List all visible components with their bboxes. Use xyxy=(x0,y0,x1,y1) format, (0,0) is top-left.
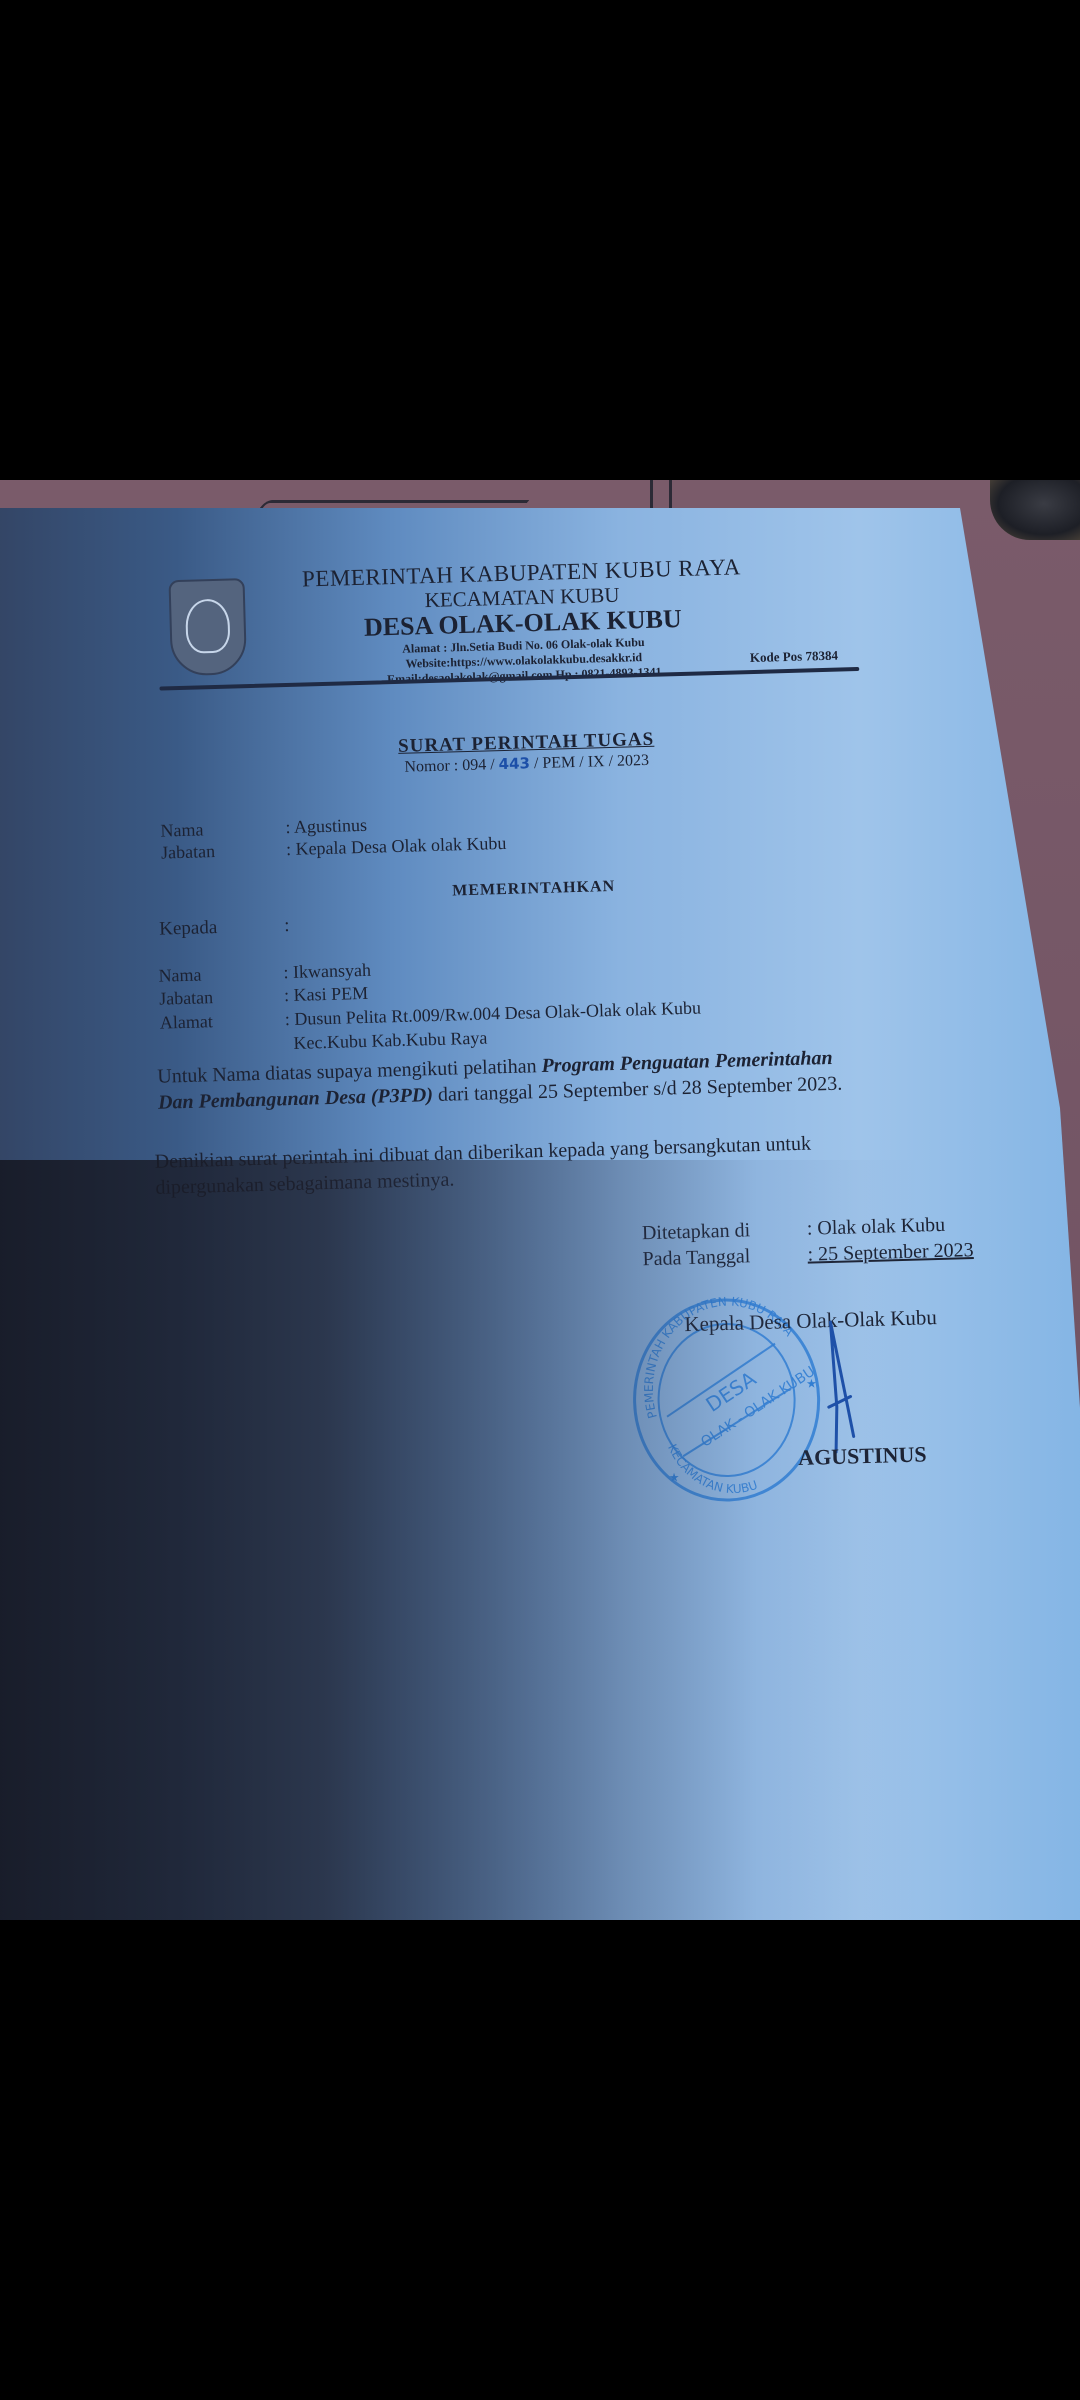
recipient-position-row: Jabatan: Kasi PEM xyxy=(159,983,369,1010)
field-label: Jabatan xyxy=(161,839,287,863)
svg-text:KECAMATAN KUBU: KECAMATAN KUBU xyxy=(665,1440,760,1498)
field-label: Nama xyxy=(158,962,284,986)
letter-title: SURAT PERINTAH TUGAS Nomor : 094 / 443 /… xyxy=(376,728,677,777)
handwritten-number: 443 xyxy=(498,754,530,773)
field-label: Alamat xyxy=(160,1009,286,1033)
program-name: Program Penguatan Pemerintahan xyxy=(541,1047,833,1077)
field-value: Kec.Kubu Kab.Kubu Raya xyxy=(293,1028,487,1054)
field-label: Kepada xyxy=(159,915,285,940)
field-label: Nama xyxy=(160,817,286,841)
body-paragraph-2-line-2: dipergunakan sebagaimana mestinya. xyxy=(155,1169,455,1200)
recipient-to-row: Kepada: xyxy=(159,915,290,941)
body-text: dipergunakan sebagaimana mestinya. xyxy=(155,1169,454,1199)
order-heading: MEMERINTAHKAN xyxy=(452,878,615,901)
recipient-address-row-2: Kec.Kubu Kab.Kubu Raya xyxy=(293,1028,487,1054)
body-paragraph-2: Demikian surat perintah ini dibuat dan d… xyxy=(154,1133,811,1174)
field-value: : 25 September 2023 xyxy=(807,1239,974,1266)
postal-code: Kode Pos 78384 xyxy=(750,648,839,666)
number-prefix: Nomor : 094 / xyxy=(404,756,499,776)
handwritten-signature xyxy=(812,1316,876,1458)
field-value: : xyxy=(284,915,290,937)
field-value: : Agustinus xyxy=(285,815,367,838)
field-value: : Ikwansyah xyxy=(283,960,371,983)
stamp-outer-text-bottom: KECAMATAN KUBU xyxy=(665,1440,760,1498)
letter: PEMERINTAH KABUPATEN KUBU RAYA KECAMATAN… xyxy=(0,480,1080,1920)
field-value: : Olak olak Kubu xyxy=(807,1214,946,1240)
document-photo: PEMERINTAH KABUPATEN KUBU RAYA KECAMATAN… xyxy=(0,480,1080,1920)
field-label: Pada Tanggal xyxy=(642,1244,808,1272)
field-value: : Kasi PEM xyxy=(284,983,369,1006)
field-label: Jabatan xyxy=(159,985,285,1009)
number-suffix: / PEM / IX / 2023 xyxy=(530,752,650,772)
signer-name: AGUSTINUS xyxy=(798,1441,927,1471)
regency-coat-of-arms-icon xyxy=(168,578,247,676)
program-name: Dan Pembangunan Desa (P3PD) xyxy=(158,1084,434,1114)
field-label: Ditetapkan di xyxy=(642,1218,808,1246)
body-text: Demikian surat perintah ini dibuat dan d… xyxy=(154,1133,811,1173)
star-icon: ★ xyxy=(669,1470,680,1484)
